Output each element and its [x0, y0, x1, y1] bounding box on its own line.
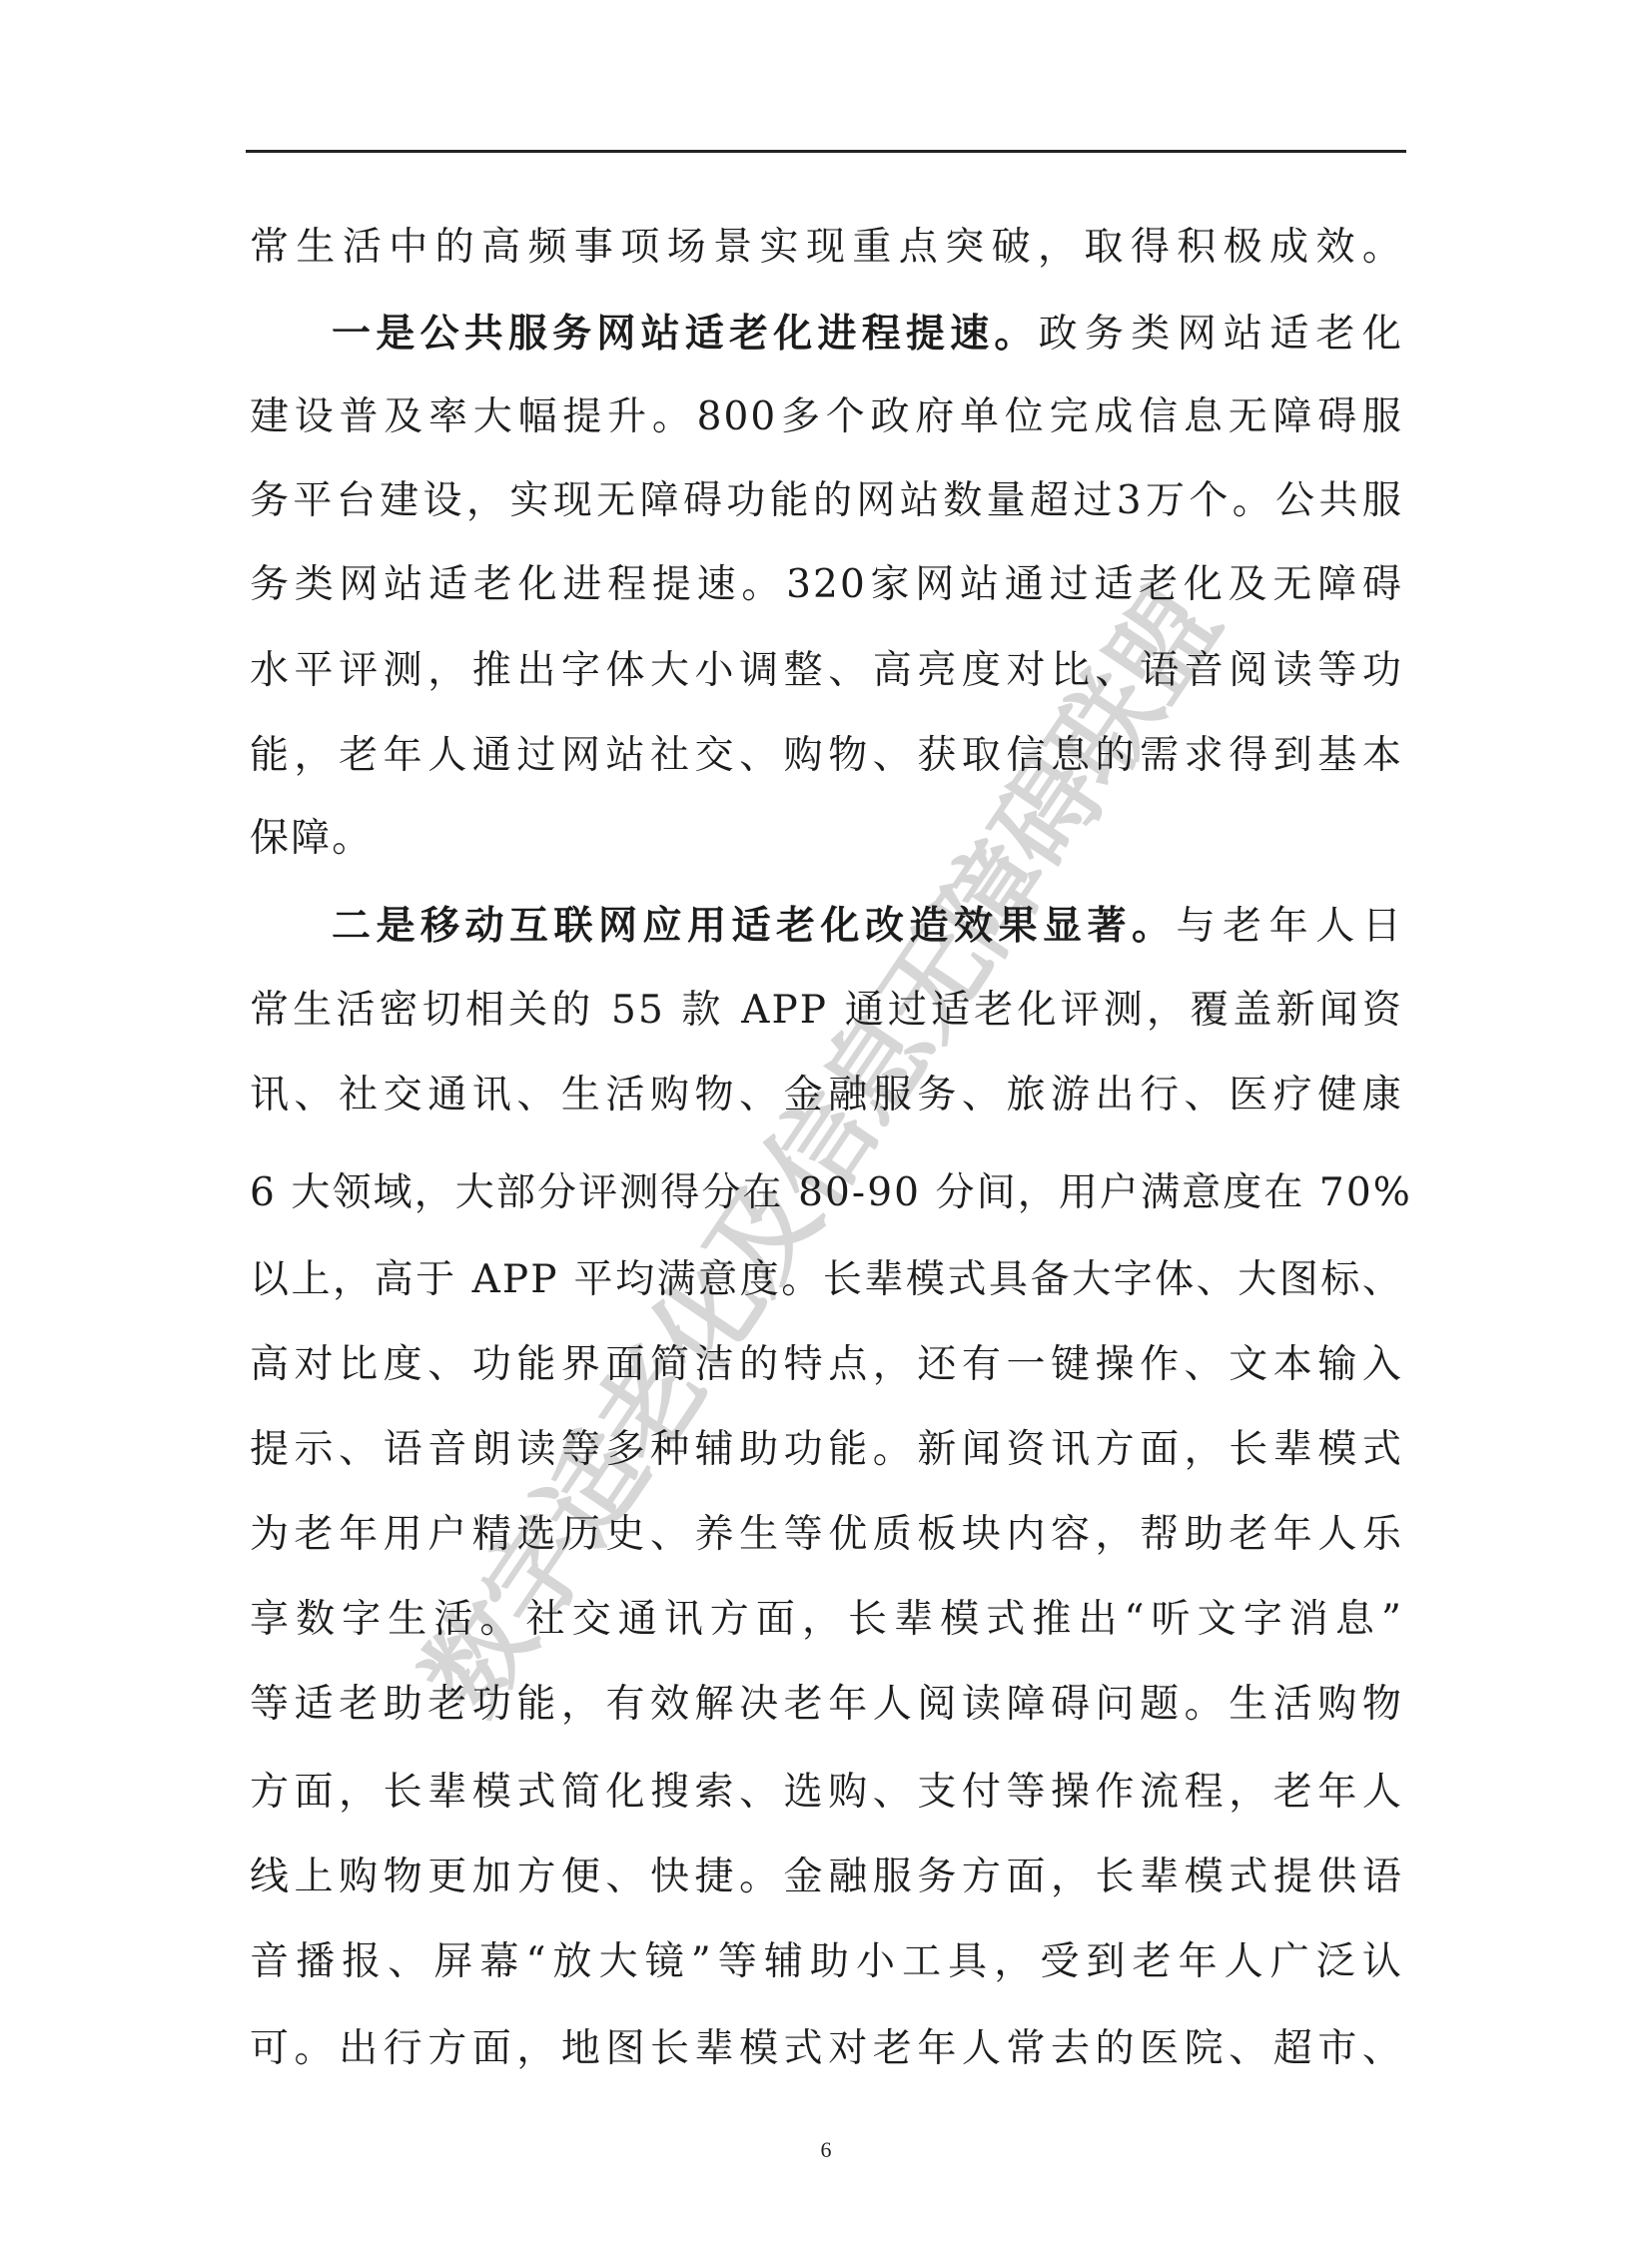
- line-text: 政务类网站适老化: [1039, 312, 1403, 357]
- line-text: 等适老助老功能，有效解决老年人阅读障碍问题。生活购物: [250, 1682, 1403, 1727]
- document-page: 数字适老化及信息无障碍联盟 常生活中的高频事项场景实现重点突破，取得积极成效。 …: [0, 0, 1652, 2242]
- line-text: 音播报、屏幕“放大镜”等辅助小工具，受到老年人广泛认: [250, 1939, 1403, 1984]
- text-line: 可。出行方面，地图长辈模式对老年人常去的医院、超市、: [250, 2019, 1403, 2079]
- paragraph-heading-line: 二是移动互联网应用适老化改造效果显著。与老年人日: [332, 897, 1403, 957]
- text-line: 享数字生活。社交通讯方面，长辈模式推出“听文字消息”: [250, 1590, 1403, 1650]
- text-line: 等适老助老功能，有效解决老年人阅读障碍问题。生活购物: [250, 1675, 1403, 1735]
- text-line: 以上，高于 APP 平均满意度。长辈模式具备大字体、大图标、: [250, 1250, 1403, 1310]
- line-text: 方面，长辈模式简化搜索、选购、支付等操作流程，老年人: [250, 1770, 1403, 1815]
- line-text: 享数字生活。社交通讯方面，长辈模式推出“听文字消息”: [250, 1597, 1403, 1642]
- paragraph-heading-line: 一是公共服务网站适老化进程提速。政务类网站适老化: [332, 305, 1403, 365]
- text-line: 音播报、屏幕“放大镜”等辅助小工具，受到老年人广泛认: [250, 1932, 1403, 1992]
- line-text: 务平台建设，实现无障碍功能的网站数量超过3万个。公共服: [250, 478, 1403, 523]
- line-text: 常生活中的高频事项场景实现重点突破，取得积极成效。: [250, 225, 1403, 270]
- line-text: 建设普及率大幅提升。800多个政府单位完成信息无障碍服: [250, 394, 1403, 439]
- text-line: 务类网站适老化进程提速。320家网站通过适老化及无障碍: [250, 555, 1403, 615]
- text-line: 线上购物更加方便、快捷。金融服务方面，长辈模式提供语: [250, 1848, 1403, 1907]
- text-line: 为老年用户精选历史、养生等优质板块内容，帮助老年人乐: [250, 1505, 1403, 1565]
- text-line: 水平评测，推出字体大小调整、高亮度对比、语音阅读等功: [250, 641, 1403, 701]
- header-rule: [246, 150, 1406, 153]
- text-line: 提示、语音朗读等多种辅助功能。新闻资讯方面，长辈模式: [250, 1420, 1403, 1480]
- page-number: 6: [799, 2137, 853, 2163]
- line-text: 提示、语音朗读等多种辅助功能。新闻资讯方面，长辈模式: [250, 1427, 1403, 1472]
- line-text: 保障。: [250, 816, 373, 861]
- paragraph-lead-heading: 一是公共服务网站适老化进程提速。: [332, 312, 1039, 357]
- line-text: 常生活密切相关的 55 款 APP 通过适老化评测，覆盖新闻资: [250, 988, 1403, 1033]
- line-text: 高对比度、功能界面简洁的特点，还有一键操作、文本输入: [250, 1342, 1403, 1387]
- line-text: 以上，高于 APP 平均满意度。长辈模式具备大字体、大图标、: [250, 1257, 1403, 1302]
- line-text: 与老年人日: [1176, 904, 1403, 949]
- text-line: 方面，长辈模式简化搜索、选购、支付等操作流程，老年人: [250, 1763, 1403, 1823]
- line-text: 务类网站适老化进程提速。320家网站通过适老化及无障碍: [250, 562, 1403, 607]
- text-line: 建设普及率大幅提升。800多个政府单位完成信息无障碍服: [250, 387, 1403, 447]
- text-line: 高对比度、功能界面简洁的特点，还有一键操作、文本输入: [250, 1335, 1403, 1395]
- text-line: 6 大领域，大部分评测得分在 80-90 分间，用户满意度在 70%: [250, 1163, 1403, 1223]
- text-line: 保障。: [250, 809, 1403, 869]
- line-text: 能，老年人通过网站社交、购物、获取信息的需求得到基本: [250, 733, 1403, 778]
- line-text: 6 大领域，大部分评测得分在 80-90 分间，用户满意度在 70%: [250, 1170, 1412, 1215]
- line-text: 可。出行方面，地图长辈模式对老年人常去的医院、超市、: [250, 2026, 1403, 2071]
- line-text: 为老年用户精选历史、养生等优质板块内容，帮助老年人乐: [250, 1512, 1403, 1557]
- text-line: 能，老年人通过网站社交、购物、获取信息的需求得到基本: [250, 726, 1403, 786]
- text-line: 务平台建设，实现无障碍功能的网站数量超过3万个。公共服: [250, 471, 1403, 531]
- line-text: 讯、社交通讯、生活购物、金融服务、旅游出行、医疗健康: [250, 1073, 1403, 1118]
- paragraph-lead-heading: 二是移动互联网应用适老化改造效果显著。: [332, 904, 1176, 949]
- text-line: 常生活密切相关的 55 款 APP 通过适老化评测，覆盖新闻资: [250, 981, 1403, 1041]
- line-text: 线上购物更加方便、快捷。金融服务方面，长辈模式提供语: [250, 1855, 1403, 1899]
- text-line: 常生活中的高频事项场景实现重点突破，取得积极成效。: [250, 218, 1403, 278]
- line-text: 水平评测，推出字体大小调整、高亮度对比、语音阅读等功: [250, 648, 1403, 693]
- text-line: 讯、社交通讯、生活购物、金融服务、旅游出行、医疗健康: [250, 1066, 1403, 1125]
